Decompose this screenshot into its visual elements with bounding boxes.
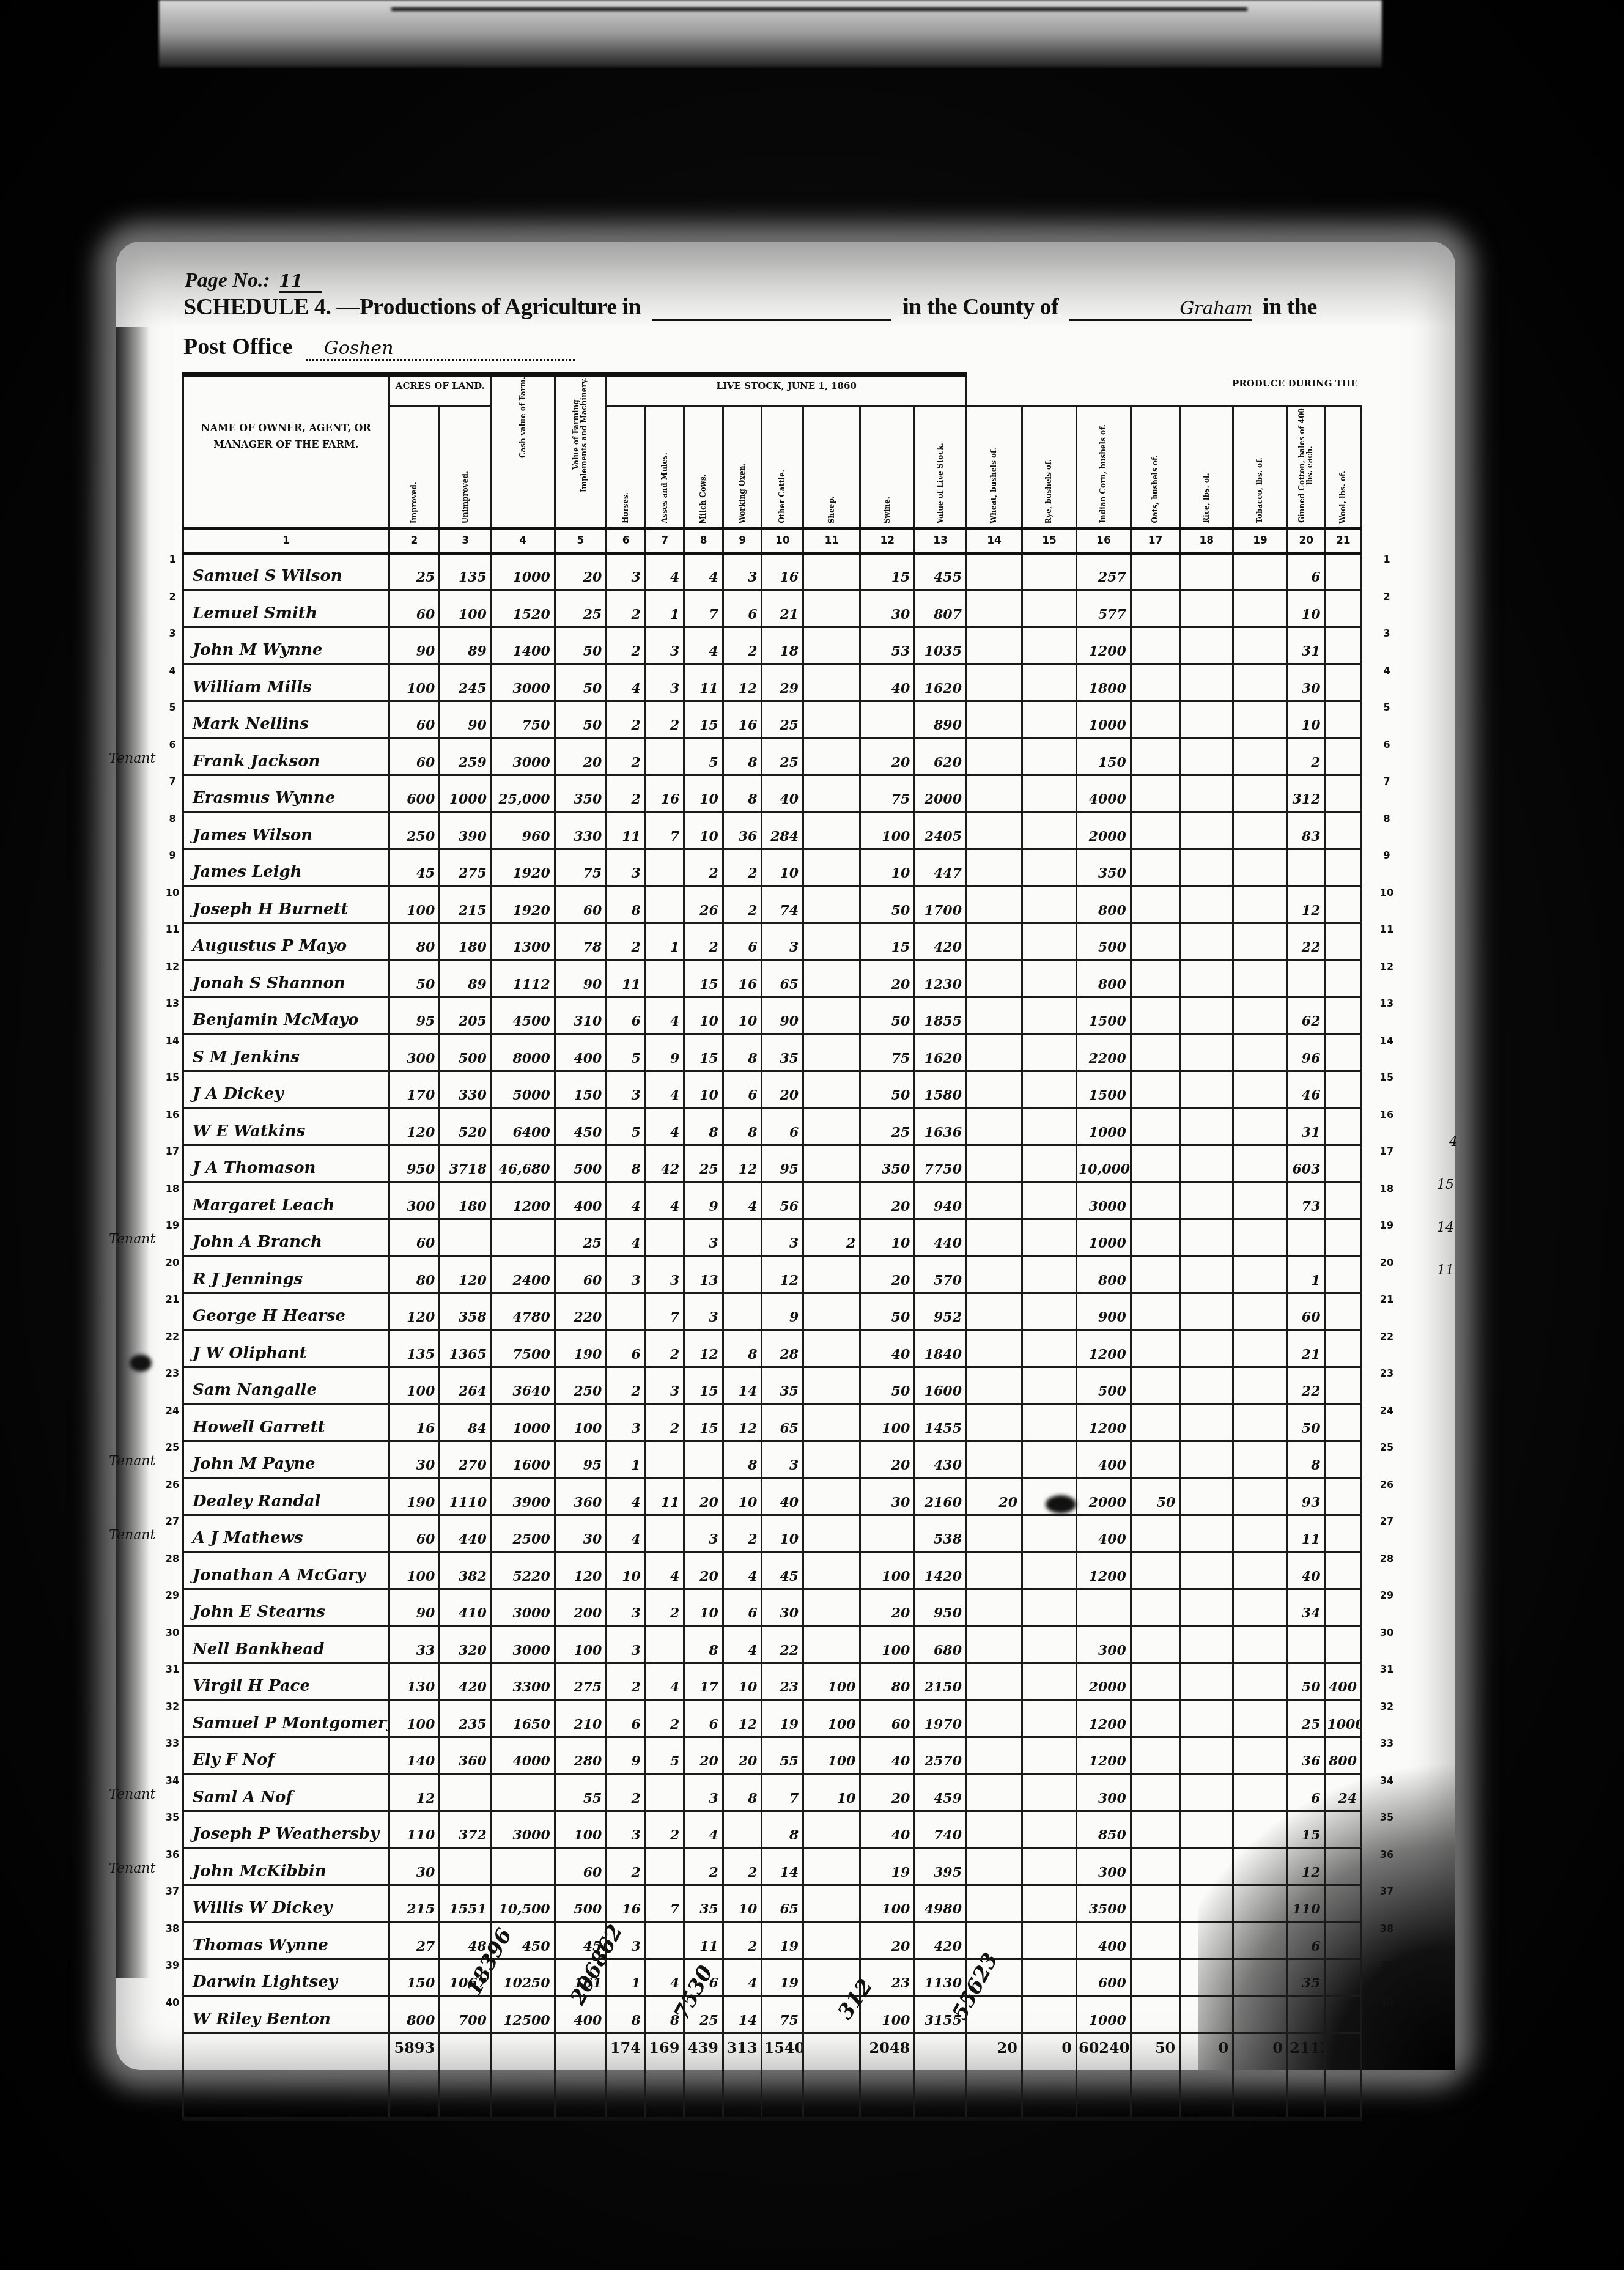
- farm-owner-name: Samuel P Montgomery: [183, 1700, 389, 1737]
- cell-c11: [803, 849, 860, 886]
- cell-c6: 5: [607, 1034, 646, 1071]
- cell-c16: 400: [1076, 1515, 1131, 1552]
- cell-c6: 2: [607, 590, 646, 627]
- cell-c4: 2500: [491, 1515, 555, 1552]
- farm-owner-name: Mark Nellins: [183, 701, 389, 738]
- cell-c3: 245: [440, 664, 492, 701]
- table-row: Thomas Wynne274845045311219204204006: [183, 1922, 1362, 1959]
- cell-c17: [1131, 1774, 1179, 1811]
- cell-c3: 500: [440, 1034, 492, 1071]
- cell-c15: [1022, 1589, 1077, 1626]
- cell-c6: 2: [607, 923, 646, 960]
- cell-c14: [966, 738, 1022, 775]
- cell-c19: [1233, 1626, 1288, 1663]
- cell-c21: [1325, 1219, 1362, 1256]
- cell-c5: 190: [555, 1330, 607, 1367]
- cell-c18: [1180, 738, 1233, 775]
- cell-c7: 42: [645, 1145, 684, 1182]
- table-row: Frank Jackson6025930002025825206201502: [183, 738, 1362, 775]
- cell-c5: 360: [555, 1478, 607, 1515]
- cell-c11: [803, 1626, 860, 1663]
- cell-c21: [1325, 627, 1362, 664]
- cell-c14: [966, 1589, 1022, 1626]
- cell-c16: 2200: [1076, 1034, 1131, 1071]
- cell-c3: 320: [440, 1626, 492, 1663]
- cell-c9: 2: [723, 627, 762, 664]
- row-number: 38: [1376, 1923, 1398, 1934]
- cell-c17: [1131, 627, 1179, 664]
- cell-c5: 55: [555, 1774, 607, 1811]
- cell-c14: [966, 1182, 1022, 1219]
- cell-c11: 10: [803, 1774, 860, 1811]
- cell-c14: [966, 1256, 1022, 1293]
- cell-c14: [966, 1367, 1022, 1404]
- row-number: 26: [161, 1479, 183, 1490]
- tenant-note: Tenant: [109, 1861, 155, 1876]
- cell-c16: 1200: [1076, 1700, 1131, 1737]
- cell-c9: 2: [723, 849, 762, 886]
- cell-c9: 16: [723, 701, 762, 738]
- cell-c20: 50: [1288, 1663, 1325, 1700]
- cell-c7: [645, 849, 684, 886]
- cell-c5: 350: [555, 775, 607, 812]
- cell-c13: 395: [915, 1848, 967, 1885]
- cell-c3: 89: [440, 627, 492, 664]
- farm-owner-name: William Mills: [183, 664, 389, 701]
- cell-c5: 100: [555, 1811, 607, 1848]
- cell-c11: [803, 1811, 860, 1848]
- cell-c8: 8: [684, 1626, 723, 1663]
- row-number: 21: [1376, 1293, 1398, 1305]
- cell-c7: 7: [645, 1293, 684, 1330]
- cell-c4: 750: [491, 701, 555, 738]
- cell-c17: [1131, 1626, 1179, 1663]
- table-row: Sam Nangalle1002643640250231514355016005…: [183, 1367, 1362, 1404]
- cell-c21: [1325, 923, 1362, 960]
- cell-c16: 1200: [1076, 1737, 1131, 1774]
- farm-owner-name: Benjamin McMayo: [183, 997, 389, 1034]
- cell-c4: 4780: [491, 1293, 555, 1330]
- cell-c2: 80: [389, 923, 440, 960]
- cell-c21: [1325, 664, 1362, 701]
- cell-c4: 8000: [491, 1034, 555, 1071]
- cell-c21: [1325, 1145, 1362, 1182]
- cell-c4: 1920: [491, 849, 555, 886]
- cell-c18: [1180, 1515, 1233, 1552]
- cell-c19: [1233, 1145, 1288, 1182]
- cell-c17: [1131, 812, 1179, 849]
- cell-c16: 800: [1076, 960, 1131, 997]
- cell-c19: [1233, 1256, 1288, 1293]
- cell-c9: 6: [723, 923, 762, 960]
- cell-c19: [1233, 923, 1288, 960]
- cell-c15: [1022, 1626, 1077, 1663]
- agriculture-table-container: NAME OF OWNER, AGENT, OR MANAGER OF THE …: [182, 372, 1362, 1962]
- cell-c5: 120: [555, 1552, 607, 1589]
- farm-owner-name: Ely F Nof: [183, 1737, 389, 1774]
- cell-c17: [1131, 1996, 1179, 2033]
- cell-c11: [803, 627, 860, 664]
- cell-c16: 1500: [1076, 1071, 1131, 1108]
- cell-c19: [1233, 1959, 1288, 1996]
- cell-c2: 300: [389, 1182, 440, 1219]
- cell-c3: 275: [440, 849, 492, 886]
- cell-c4: 1000: [491, 553, 555, 590]
- cell-c6: 9: [607, 1737, 646, 1774]
- cell-c14: [966, 1626, 1022, 1663]
- row-number: 39: [161, 1959, 183, 1971]
- cell-c3: 520: [440, 1108, 492, 1145]
- cell-c6: 4: [607, 664, 646, 701]
- cell-c3: 360: [440, 1737, 492, 1774]
- cell-c21: [1325, 1885, 1362, 1922]
- col-num-10: 10: [762, 528, 803, 553]
- cell-c15: [1022, 1404, 1077, 1441]
- cell-c18: [1180, 997, 1233, 1034]
- cell-c2: 60: [389, 1515, 440, 1552]
- cell-c8: 10: [684, 997, 723, 1034]
- cell-c13: 420: [915, 1922, 967, 1959]
- cell-c5: 60: [555, 886, 607, 923]
- table-row: Lemuel Smith601001520252176213080757710: [183, 590, 1362, 627]
- table-row: Darwin Lightsey1501067102501611464192311…: [183, 1959, 1362, 1996]
- cell-c18: [1180, 1441, 1233, 1478]
- cell-c7: 4: [645, 1108, 684, 1145]
- cell-c19: [1233, 1774, 1288, 1811]
- row-number: 18: [1376, 1183, 1398, 1194]
- cell-c17: [1131, 738, 1179, 775]
- cell-c6: 2: [607, 1848, 646, 1885]
- cell-c12: 50: [860, 997, 915, 1034]
- farm-owner-name: Augustus P Mayo: [183, 923, 389, 960]
- cell-c2: 100: [389, 1367, 440, 1404]
- table-row: Samuel S Wilson2513510002034431615455257…: [183, 553, 1362, 590]
- cell-c14: [966, 812, 1022, 849]
- table-row: Ely F Nof1403604000280952020551004025701…: [183, 1737, 1362, 1774]
- cell-c3: 390: [440, 812, 492, 849]
- cell-c16: 850: [1076, 1811, 1131, 1848]
- total-c13: [915, 2033, 967, 2118]
- cell-c12: 19: [860, 1848, 915, 1885]
- cell-c8: 26: [684, 886, 723, 923]
- col-header-6: Horses.: [607, 406, 646, 528]
- cell-c3: 330: [440, 1071, 492, 1108]
- cell-c20: 46: [1288, 1071, 1325, 1108]
- cell-c12: 80: [860, 1663, 915, 1700]
- cell-c4: 1300: [491, 923, 555, 960]
- cell-c10: 10: [762, 849, 803, 886]
- cell-c4: 3000: [491, 1626, 555, 1663]
- cell-c16: 3000: [1076, 1182, 1131, 1219]
- cell-c7: [645, 1219, 684, 1256]
- cell-c17: [1131, 886, 1179, 923]
- cell-c16: 500: [1076, 1367, 1131, 1404]
- table-row: Dealey Randal190111039003604112010403021…: [183, 1478, 1362, 1515]
- cell-c12: 20: [860, 1182, 915, 1219]
- cell-c13: 740: [915, 1811, 967, 1848]
- col-num-5: 5: [555, 528, 607, 553]
- cell-c21: [1325, 1626, 1362, 1663]
- row-number: 29: [161, 1589, 183, 1601]
- cell-c18: [1180, 1589, 1233, 1626]
- farm-owner-name: James Leigh: [183, 849, 389, 886]
- farm-owner-name: James Wilson: [183, 812, 389, 849]
- col-num-8: 8: [684, 528, 723, 553]
- cell-c15: [1022, 1219, 1077, 1256]
- cell-c19: [1233, 1034, 1288, 1071]
- cell-c2: 130: [389, 1663, 440, 1700]
- cell-c10: 74: [762, 886, 803, 923]
- cell-c7: [645, 738, 684, 775]
- cell-c20: 34: [1288, 1589, 1325, 1626]
- cell-c19: [1233, 1515, 1288, 1552]
- cell-c17: [1131, 1737, 1179, 1774]
- cell-c2: 60: [389, 1219, 440, 1256]
- cell-c6: 3: [607, 849, 646, 886]
- cell-c18: [1180, 1108, 1233, 1145]
- cell-c18: [1180, 923, 1233, 960]
- cell-c15: [1022, 1774, 1077, 1811]
- farm-owner-name: Joseph P Weathersby: [183, 1811, 389, 1848]
- cell-c17: [1131, 1330, 1179, 1367]
- col-num-18: 18: [1180, 528, 1233, 553]
- cell-c5: 100: [555, 1404, 607, 1441]
- cell-c16: 350: [1076, 849, 1131, 886]
- cell-c2: 100: [389, 664, 440, 701]
- cell-c15: [1022, 1811, 1077, 1848]
- row-number: 20: [161, 1257, 183, 1268]
- cell-c5: 90: [555, 960, 607, 997]
- right-margin-tally: 15: [1437, 1177, 1454, 1192]
- total-c20: 2112: [1288, 2033, 1325, 2118]
- farm-rows: Samuel S Wilson2513510002034431615455257…: [183, 553, 1362, 2118]
- cell-c20: 30: [1288, 664, 1325, 701]
- cell-c5: 50: [555, 627, 607, 664]
- cell-c8: 4: [684, 627, 723, 664]
- row-number: 19: [1376, 1219, 1398, 1231]
- cell-c2: 60: [389, 590, 440, 627]
- cell-c8: 5: [684, 738, 723, 775]
- cell-c15: [1022, 553, 1077, 590]
- cell-c2: 100: [389, 1552, 440, 1589]
- cell-c19: [1233, 886, 1288, 923]
- row-number: 10: [1376, 887, 1398, 898]
- cell-c13: 807: [915, 590, 967, 627]
- cell-c14: [966, 997, 1022, 1034]
- table-row: Augustus P Mayo8018013007821263154205002…: [183, 923, 1362, 960]
- cell-c21: [1325, 1959, 1362, 1996]
- cell-c4: [491, 1219, 555, 1256]
- cell-c17: [1131, 1811, 1179, 1848]
- cell-c13: 1620: [915, 1034, 967, 1071]
- cell-c3: 135: [440, 553, 492, 590]
- cell-c10: 6: [762, 1108, 803, 1145]
- row-number: 5: [161, 701, 183, 713]
- col-header-19: Tobacco, lbs. of.: [1233, 406, 1288, 528]
- cell-c15: [1022, 960, 1077, 997]
- cell-c3: 235: [440, 1700, 492, 1737]
- col-num-2: 2: [389, 528, 440, 553]
- cell-c20: 6: [1288, 1774, 1325, 1811]
- cell-c13: 570: [915, 1256, 967, 1293]
- cell-c5: 310: [555, 997, 607, 1034]
- cell-c17: [1131, 1256, 1179, 1293]
- table-row: Mark Nellins60907505022151625890100010: [183, 701, 1362, 738]
- cell-c7: [645, 1626, 684, 1663]
- cell-c20: 22: [1288, 1367, 1325, 1404]
- cell-c13: 940: [915, 1182, 967, 1219]
- cell-c17: [1131, 1108, 1179, 1145]
- cell-c2: 120: [389, 1108, 440, 1145]
- cell-c16: 1000: [1076, 1219, 1131, 1256]
- cell-c17: [1131, 1182, 1179, 1219]
- cell-c3: 700: [440, 1996, 492, 2033]
- page-number: Page No.: 11: [185, 269, 322, 293]
- cell-c20: 36: [1288, 1737, 1325, 1774]
- cell-c11: [803, 960, 860, 997]
- cell-c13: 1636: [915, 1108, 967, 1145]
- row-number: 9: [161, 849, 183, 861]
- cell-c5: 210: [555, 1700, 607, 1737]
- cell-c10: 14: [762, 1848, 803, 1885]
- cell-c12: 350: [860, 1145, 915, 1182]
- total-c4: [491, 2033, 555, 2118]
- cell-c18: [1180, 1774, 1233, 1811]
- cell-c20: [1288, 1219, 1325, 1256]
- cell-c6: 3: [607, 1071, 646, 1108]
- cell-c9: 6: [723, 1071, 762, 1108]
- cell-c16: [1076, 1589, 1131, 1626]
- table-row: J W Oliphant1351365750019062128284018401…: [183, 1330, 1362, 1367]
- cell-c18: [1180, 1811, 1233, 1848]
- row-number: 7: [161, 775, 183, 787]
- cell-c9: 12: [723, 664, 762, 701]
- cell-c5: 20: [555, 553, 607, 590]
- cell-c12: [860, 1515, 915, 1552]
- cell-c14: [966, 1848, 1022, 1885]
- cell-c2: 800: [389, 1996, 440, 2033]
- cell-c14: [966, 627, 1022, 664]
- row-number: 30: [1376, 1627, 1398, 1638]
- cell-c15: [1022, 1848, 1077, 1885]
- cell-c13: 1455: [915, 1404, 967, 1441]
- cell-c15: [1022, 627, 1077, 664]
- farm-owner-name: Sam Nangalle: [183, 1367, 389, 1404]
- paper-stain: [116, 327, 150, 1978]
- cell-c13: 2000: [915, 775, 967, 812]
- cell-c18: [1180, 1219, 1233, 1256]
- row-number: 29: [1376, 1589, 1398, 1601]
- cell-c4: 3000: [491, 738, 555, 775]
- cell-c12: 20: [860, 738, 915, 775]
- cell-c17: [1131, 1922, 1179, 1959]
- cell-c9: 14: [723, 1367, 762, 1404]
- cell-c8: 20: [684, 1737, 723, 1774]
- cell-c2: 170: [389, 1071, 440, 1108]
- cell-c6: 4: [607, 1182, 646, 1219]
- cell-c4: 1112: [491, 960, 555, 997]
- cell-c17: [1131, 1219, 1179, 1256]
- cell-c4: 3000: [491, 664, 555, 701]
- cell-c13: 1840: [915, 1330, 967, 1367]
- cell-c9: 12: [723, 1404, 762, 1441]
- cell-c13: 2160: [915, 1478, 967, 1515]
- farm-owner-name: John E Stearns: [183, 1589, 389, 1626]
- cell-c5: 95: [555, 1441, 607, 1478]
- cell-c2: 215: [389, 1885, 440, 1922]
- col-header-17: Oats, bushels of.: [1131, 406, 1179, 528]
- cell-c6: [607, 1293, 646, 1330]
- cell-c12: 15: [860, 553, 915, 590]
- cell-c17: [1131, 997, 1179, 1034]
- farm-owner-name: John M Wynne: [183, 627, 389, 664]
- cell-c7: 7: [645, 812, 684, 849]
- table-row: Benjamin McMayo9520545003106410109050185…: [183, 997, 1362, 1034]
- cell-c7: 3: [645, 627, 684, 664]
- cell-c3: 180: [440, 1182, 492, 1219]
- cell-c21: [1325, 1848, 1362, 1885]
- cell-c16: 150: [1076, 738, 1131, 775]
- cell-c11: [803, 1922, 860, 1959]
- col-num-6: 6: [607, 528, 646, 553]
- cell-c8: 9: [684, 1182, 723, 1219]
- cell-c7: 2: [645, 1700, 684, 1737]
- row-number: 38: [161, 1923, 183, 1934]
- tenant-note: Tenant: [109, 1787, 155, 1802]
- cell-c13: 2405: [915, 812, 967, 849]
- cell-c7: 3: [645, 1256, 684, 1293]
- cell-c17: [1131, 1589, 1179, 1626]
- table-row: W Riley Benton80070012500400882514751003…: [183, 1996, 1362, 2033]
- cell-c19: [1233, 1182, 1288, 1219]
- cell-c5: 30: [555, 1515, 607, 1552]
- cell-c14: [966, 590, 1022, 627]
- cell-c7: 4: [645, 1552, 684, 1589]
- cell-c15: [1022, 849, 1077, 886]
- total-c5: [555, 2033, 607, 2118]
- cell-c16: 2000: [1076, 1663, 1131, 1700]
- cell-c3: 410: [440, 1589, 492, 1626]
- row-number: 19: [161, 1219, 183, 1231]
- row-number: 35: [161, 1811, 183, 1823]
- cell-c14: [966, 1737, 1022, 1774]
- cell-c11: 2: [803, 1219, 860, 1256]
- right-margin-tally: 4: [1449, 1134, 1458, 1150]
- cell-c19: [1233, 997, 1288, 1034]
- cell-c4: [491, 1774, 555, 1811]
- total-c8: 439: [684, 2033, 723, 2118]
- cell-c7: 4: [645, 1071, 684, 1108]
- row-number: 24: [161, 1405, 183, 1416]
- cell-c4: 4000: [491, 1737, 555, 1774]
- cell-c15: [1022, 1885, 1077, 1922]
- cell-c15: [1022, 1145, 1077, 1182]
- cell-c19: [1233, 1552, 1288, 1589]
- cell-c19: [1233, 1737, 1288, 1774]
- farm-owner-name: Joseph H Burnett: [183, 886, 389, 923]
- cell-c7: 4: [645, 997, 684, 1034]
- col-header-21: Wool, lbs. of.: [1325, 406, 1362, 528]
- row-number: 28: [161, 1553, 183, 1564]
- cell-c5: 20: [555, 738, 607, 775]
- cell-c4: 1400: [491, 627, 555, 664]
- cell-c15: [1022, 738, 1077, 775]
- cell-c6: 8: [607, 1996, 646, 2033]
- cell-c8: 10: [684, 812, 723, 849]
- total-c7: 169: [645, 2033, 684, 2118]
- row-number: 31: [1376, 1663, 1398, 1675]
- table-row: Jonathan A McGary10038252201201042044510…: [183, 1552, 1362, 1589]
